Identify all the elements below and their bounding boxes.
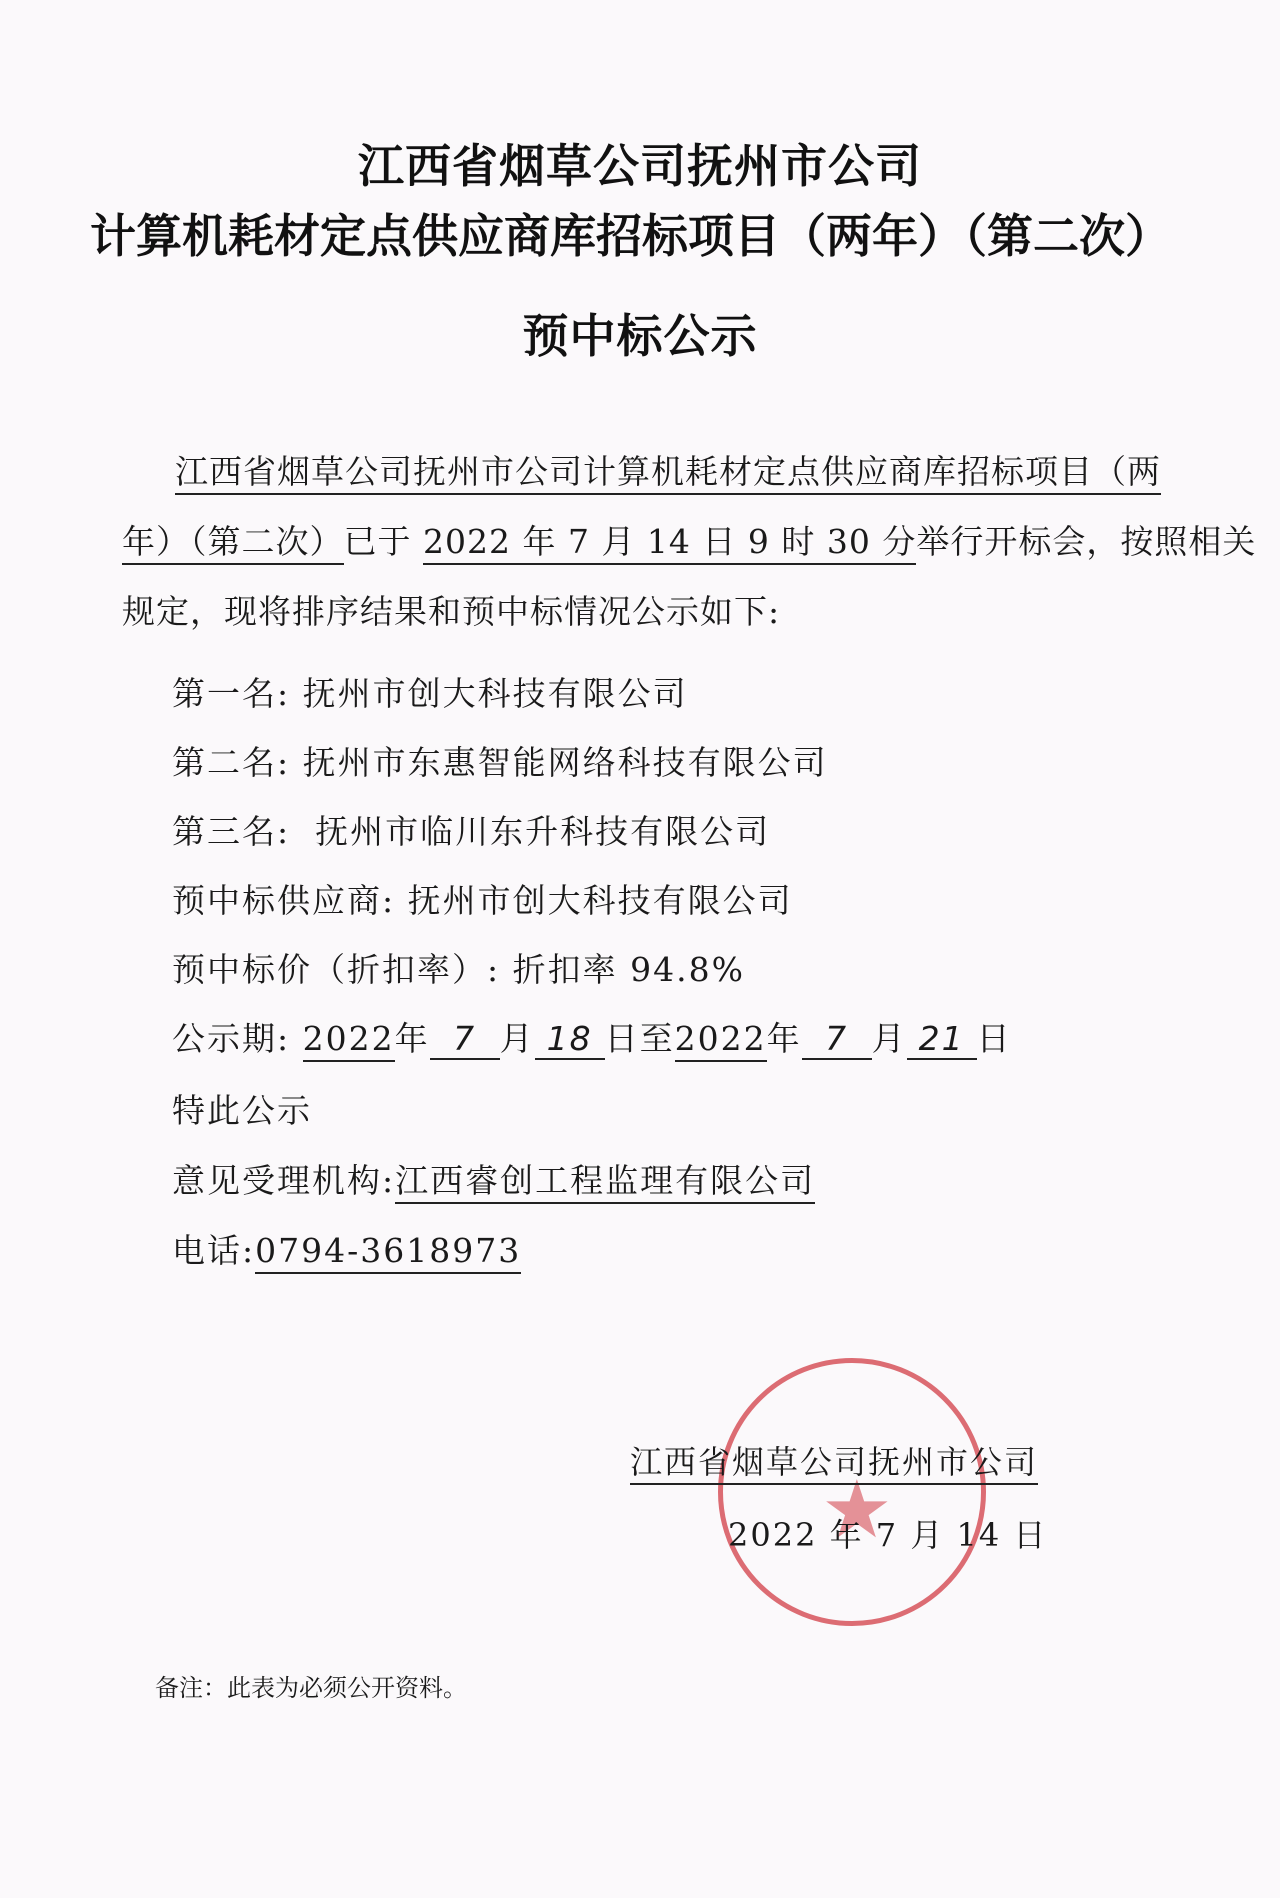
end-day-handwritten: 21 (907, 1019, 977, 1060)
title-line-1: 江西省烟草公司抚州市公司 (0, 130, 1280, 196)
ranking-company: 抚州市创大科技有限公司 (303, 674, 688, 713)
intro-line-3: 规定，现将排序结果和预中标情况公示如下: (122, 595, 780, 628)
project-name-continued: 年）（第二次） (122, 522, 344, 565)
end-year: 2022 (675, 1019, 767, 1062)
publicity-period: 公示期: 2022年7月18日至2022年7月21日 (172, 1013, 1012, 1060)
opening-datetime: 2022 年 7 月 14 日 9 时 30 分 (423, 522, 916, 565)
period-label: 公示期: (172, 1019, 290, 1058)
contact-org-value: 江西睿创工程监理有限公司 (395, 1161, 815, 1204)
start-month-handwritten: 7 (430, 1019, 500, 1060)
price-label: 预中标价（折扣率）: (172, 950, 500, 989)
title-line-3: 预中标公示 (0, 300, 1280, 366)
ranking-2: 第二名: 抚州市东惠智能网络科技有限公司 (172, 737, 828, 784)
ranking-label: 第三名: (172, 812, 290, 851)
official-seal: ★ (718, 1358, 986, 1626)
phone-value: 0794-3618973 (255, 1231, 521, 1274)
winner: 预中标供应商: 抚州市创大科技有限公司 (172, 875, 793, 922)
day-char: 日 (977, 1019, 1012, 1058)
contact-org: 意见受理机构:江西睿创工程监理有限公司 (172, 1155, 815, 1202)
ranking-company: 抚州市临川东升科技有限公司 (315, 812, 770, 851)
phone: 电话:0794-3618973 (172, 1225, 521, 1272)
ranking-label: 第一名: (172, 674, 290, 713)
year-char: 年 (395, 1019, 430, 1058)
year-char: 年 (767, 1019, 802, 1058)
winner-company: 抚州市创大科技有限公司 (408, 881, 793, 920)
end-month-handwritten: 7 (802, 1019, 872, 1060)
closing-text: 特此公示 (172, 1085, 312, 1132)
signature-org-name: 江西省烟草公司抚州市公司 (630, 1443, 1038, 1485)
start-day-handwritten: 18 (535, 1019, 605, 1060)
ranking-company: 抚州市东惠智能网络科技有限公司 (303, 743, 828, 782)
day-char: 日 (605, 1019, 640, 1058)
phone-label: 电话: (172, 1231, 255, 1270)
intro-text: 举行开标会，按照相关 (916, 522, 1256, 561)
intro-line-2: 年）（第二次）已于 2022 年 7 月 14 日 9 时 30 分举行开标会，… (122, 525, 1256, 558)
signature-org: 江西省烟草公司抚州市公司 (630, 1437, 1038, 1483)
signature-date: 2022 年 7 月 14 日 (728, 1510, 1047, 1556)
start-year: 2022 (303, 1019, 395, 1062)
price-value: 折扣率 94.8% (513, 950, 745, 989)
winner-label: 预中标供应商: (172, 881, 395, 920)
month-char: 月 (872, 1019, 907, 1058)
ranking-1: 第一名: 抚州市创大科技有限公司 (172, 668, 688, 715)
footnote: 备注：此表为必须公开资料。 (155, 1668, 467, 1703)
intro-text: 已于 (344, 522, 412, 561)
ranking-3: 第三名: 抚州市临川东升科技有限公司 (172, 806, 770, 853)
to-char: 至 (640, 1019, 675, 1058)
ranking-label: 第二名: (172, 743, 290, 782)
contact-org-label: 意见受理机构: (172, 1161, 395, 1200)
document-page: 江西省烟草公司抚州市公司 计算机耗材定点供应商库招标项目（两年）（第二次） 预中… (0, 0, 1280, 1898)
title-line-2: 计算机耗材定点供应商库招标项目（两年）（第二次） (90, 200, 1171, 266)
intro-line-1: 江西省烟草公司抚州市公司计算机耗材定点供应商库招标项目（两 (175, 455, 1161, 488)
month-char: 月 (500, 1019, 535, 1058)
price: 预中标价（折扣率）: 折扣率 94.8% (172, 944, 745, 991)
project-name-underlined: 江西省烟草公司抚州市公司计算机耗材定点供应商库招标项目（两 (175, 452, 1161, 495)
